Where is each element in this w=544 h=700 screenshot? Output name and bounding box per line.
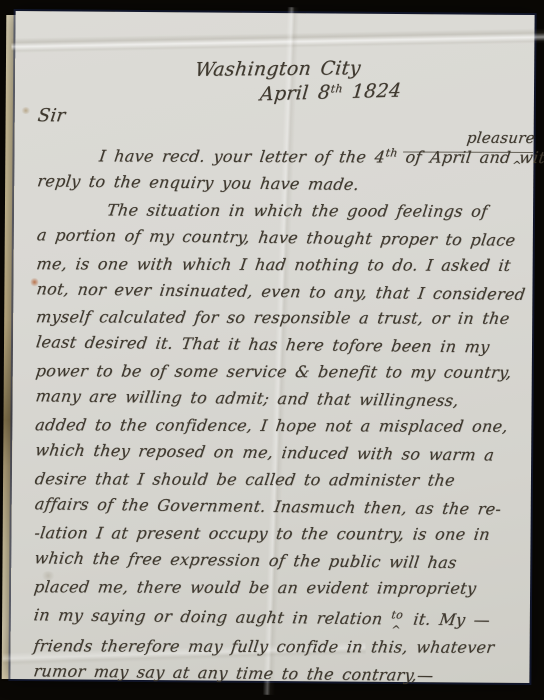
inserted-word-pleasure: pleasure — [403, 125, 537, 153]
letter-page: Washington City April 8th 1824 Sir I hav… — [10, 11, 534, 683]
fold-crease-horizontal — [11, 28, 544, 53]
letter-line-1: I have recd. your letter of the 4th of A… — [35, 139, 526, 172]
letter-line-17: placed me, there would be an evident imp… — [32, 574, 523, 603]
letter-line-9: power to be of some service & benefit to… — [34, 358, 525, 387]
letter-line-10: many are willing to admit; and that will… — [34, 383, 524, 415]
letter-line-4: a portion of my country, have thought pr… — [35, 222, 525, 254]
letter-line-7: myself calculated for so responsible a t… — [34, 305, 525, 334]
date-text: April 8 — [259, 81, 331, 105]
stain-spot — [21, 107, 31, 114]
letter-line-15: -lation I at present occupy to the count… — [33, 520, 524, 549]
line-text: it. My — — [404, 610, 492, 630]
photo-frame: Washington City April 8th 1824 Sir I hav… — [0, 0, 544, 700]
letter-line-16: which the free expression of the public … — [33, 545, 523, 577]
letter-line-19: friends therefore may fully confide in t… — [32, 634, 523, 663]
salutation: Sir — [36, 105, 66, 126]
letter-line-11: added to the confidence, I hope not a mi… — [34, 412, 525, 441]
dateline-place: Washington City — [194, 57, 362, 81]
line-text: in my saying or doing aught in relation — [33, 606, 392, 629]
letter-line-2: reply to the enquiry you have made. — [36, 168, 526, 200]
letter-body: I have recd. your letter of the 4th of A… — [33, 138, 524, 690]
line-text: I have recd. your letter of the 4 — [98, 146, 386, 166]
letter-line-20: rumor may say at any time to the contrar… — [32, 659, 522, 691]
date-year: 1824 — [341, 80, 402, 104]
letter-line-12: which they reposed on me, induced with s… — [33, 437, 523, 469]
dateline-date: April 8th 1824 — [259, 80, 402, 106]
letter-line-5: me, is one with which I had nothing to d… — [35, 251, 526, 280]
letter-line-6: not, nor ever insinuated, even to any, t… — [35, 276, 525, 308]
letter-line-8: least desired it. That it has here tofor… — [34, 330, 524, 362]
letter-line-3: The situation in which the good feelings… — [35, 197, 526, 226]
letter-line-18: in my saying or doing aught in relation … — [32, 599, 523, 637]
letter-line-14: affairs of the Government. Inasmuch then… — [33, 491, 523, 523]
letter-line-13: desire that I should be called to admini… — [33, 466, 524, 495]
